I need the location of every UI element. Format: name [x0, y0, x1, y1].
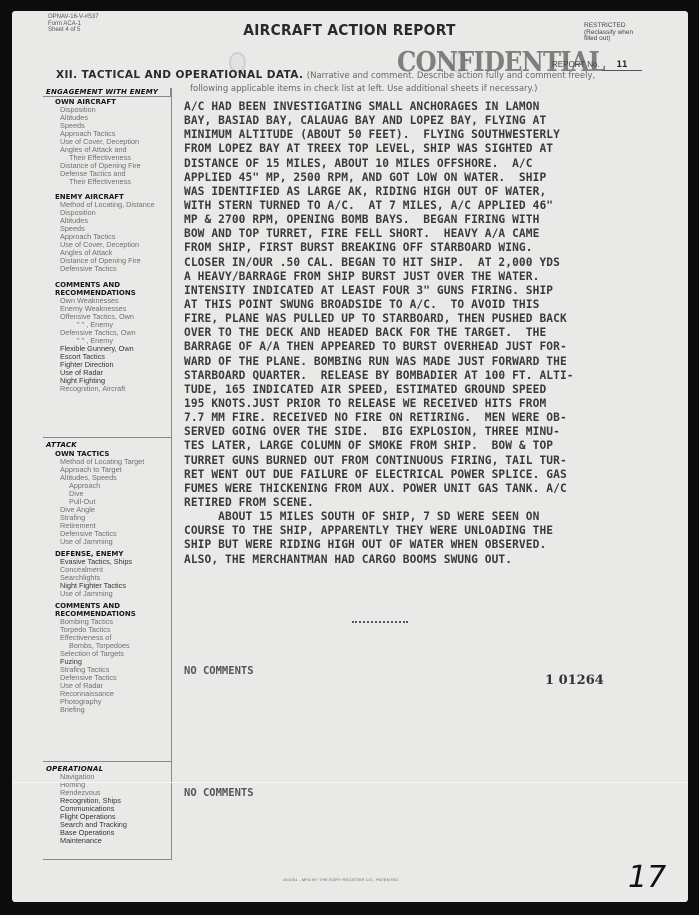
checklist-item: Maintenance: [43, 837, 171, 845]
narrative-line: TES LATER, LARGE COLUMN OF SMOKE FROM SH…: [184, 439, 684, 453]
section-instructions-continued: following applicable items in check list…: [190, 84, 537, 94]
narrative-line: APPLIED 45" MP, 2500 RPM, AND GOT LOW ON…: [184, 171, 684, 185]
narrative-line: FIRE, PLANE WAS PULLED UP TO STARBOARD, …: [184, 312, 684, 326]
narrative-line: TUDE, 165 INDICATED AIR SPEED, ESTIMATED…: [184, 383, 684, 397]
classification-note: RESTRICTED (Reclassify when filled out): [584, 23, 633, 43]
divider: [43, 761, 171, 762]
report-number-value: 11: [602, 60, 642, 71]
checklist-attack: ATTACK OWN TACTICS Method of Locating Ta…: [43, 441, 171, 714]
checklist-item: Their Effectiveness: [43, 178, 171, 186]
checklist-subheading: COMMENTS AND: [43, 281, 171, 289]
checklist-item: Briefing: [43, 706, 171, 714]
checklist-item: Dive: [43, 490, 171, 498]
section-heading: XII. TACTICAL AND OPERATIONAL DATA. (Nar…: [56, 69, 595, 81]
divider: [43, 437, 171, 438]
narrative-line: WITH STERN TURNED TO A/C. AT 7 MILES, A/…: [184, 199, 684, 213]
operational-comments: NO COMMENTS: [184, 787, 254, 799]
narrative-line: WARD OF THE PLANE. BOMBING RUN WAS MADE …: [184, 355, 684, 369]
checklist-item: Defensive Tactics: [43, 265, 171, 273]
fold-line: [12, 782, 688, 783]
narrative-line: COURSE TO THE SHIP, APPARENTLY THEY WERE…: [184, 524, 684, 538]
narrative-line: ABOUT 15 MILES SOUTH OF SHIP, 7 SD WERE …: [184, 510, 684, 524]
section-instructions: (Narrative and comment. Describe action …: [307, 71, 595, 81]
narrative-line: BARRAGE OF A/A THEN APPEARED TO BURST OV…: [184, 340, 684, 354]
narrative-line: FROM LOPEZ BAY AT TREEX TOP LEVEL, SHIP …: [184, 142, 684, 156]
narrative-line: ALSO, THE MERCHANTMAN HAD CARGO BOOMS SW…: [184, 553, 684, 567]
narrative-line: RET WENT OUT DUE FAILURE OF ELECTRICAL P…: [184, 468, 684, 482]
checklist-heading: ATTACK: [43, 441, 171, 449]
narrative-line: FROM SHIP, FIRST BURST BREAKING OFF STAR…: [184, 241, 684, 255]
checklist-heading: ENGAGEMENT WITH ENEMY: [43, 88, 171, 97]
page-title: AIRCRAFT ACTION REPORT: [28, 21, 671, 39]
document-stamp-number: 1 01264: [545, 673, 604, 688]
narrative-line: BAY, BASIAD BAY, CALAUAG BAY AND LOPEZ B…: [184, 114, 684, 128]
checklist-item: Recognition, Aircraft: [43, 385, 171, 393]
narrative-line: MINIMUM ALTITUDE (ABOUT 50 FEET). FLYING…: [184, 128, 684, 142]
narrative-line: CLOSER IN/OUR .50 CAL. BEGAN TO HIT SHIP…: [184, 256, 684, 270]
narrative-line: STARBOARD QUARTER. RELEASE BY BOMBADIER …: [184, 369, 684, 383]
narrative-line: A/C HAD BEEN INVESTIGATING SMALL ANCHORA…: [184, 100, 684, 114]
narrative-line: 7.7 MM FIRE. RECEIVED NO FIRE ON RETIRIN…: [184, 411, 684, 425]
checklist-list: DispositionAltitudesSpeedsApproach Tacti…: [43, 106, 171, 186]
narrative-line: BOW AND TOP TURRET, FIRE FELL SHORT. HEA…: [184, 227, 684, 241]
printer-imprint: 451051 - MFD BY THE EGRY REGISTER CO., P…: [283, 877, 398, 882]
checklist-item: Altitudes, Speeds: [43, 474, 171, 482]
checklist-list: Evasive Tactics, ShipsConcealmentSearchl…: [43, 558, 171, 598]
narrative-line: SHIP BUT WERE RIDING HIGH OUT OF WATER W…: [184, 538, 684, 552]
form-number: OPNAV-16-V-#S37: [48, 14, 99, 21]
narrative-line: SERVED GOING OVER THE SIDE. BIG EXPLOSIO…: [184, 425, 684, 439]
report-number-label: REPORT No.: [552, 60, 600, 69]
section-title: XII. TACTICAL AND OPERATIONAL DATA.: [56, 69, 303, 81]
checklist-list: Bombing TacticsTorpedo TacticsEffectiven…: [43, 618, 171, 714]
checklist-list: Method of Locating TargetApproach to Tar…: [43, 458, 171, 546]
narrative-line: INTENSITY INDICATED AT LEAST FOUR 3" GUN…: [184, 284, 684, 298]
narrative-line: OVER TO THE DECK AND HEADED BACK FOR THE…: [184, 326, 684, 340]
end-of-narrative-mark: [352, 621, 408, 623]
narrative-text: A/C HAD BEEN INVESTIGATING SMALL ANCHORA…: [184, 100, 684, 567]
narrative-line: MP & 2700 RPM, OPENING BOMB BAYS. BEGAN …: [184, 213, 684, 227]
checklist-list: Own WeaknessesEnemy WeaknessesOffensive …: [43, 297, 171, 393]
attack-comments: NO COMMENTS: [184, 665, 254, 677]
narrative-line: AT THIS POINT SWUNG BROADSIDE TO A/C. TO…: [184, 298, 684, 312]
checklist-item: Approach: [43, 482, 171, 490]
narrative-line: DISTANCE OF 15 MILES, ABOUT 10 MILES OFF…: [184, 157, 684, 171]
checklist-list: NavigationHomingRendezvousRecognition, S…: [43, 773, 171, 845]
checklist-engagement: ENGAGEMENT WITH ENEMY OWN AIRCRAFT Dispo…: [43, 88, 171, 393]
page-number: 17: [628, 860, 666, 895]
checklist-sidebar: ENGAGEMENT WITH ENEMY OWN AIRCRAFT Dispo…: [43, 88, 172, 860]
checklist-subheading: COMMENTS AND: [43, 602, 171, 610]
classification-instruction-2: filled out): [584, 36, 633, 43]
checklist-item: Use of Jamming: [43, 590, 171, 598]
narrative-line: 195 KNOTS.JUST PRIOR TO RELEASE WE RECEI…: [184, 397, 684, 411]
checklist-list: Method of Locating, DistanceDispositionA…: [43, 201, 171, 273]
narrative-line: A HEAVY/BARRAGE FROM SHIP BURST JUST OVE…: [184, 270, 684, 284]
narrative-line: WAS IDENTIFIED AS LARGE AK, RIDING HIGH …: [184, 185, 684, 199]
checklist-operational: OPERATIONAL NavigationHomingRendezvousRe…: [43, 765, 171, 845]
narrative-line: FUMES WERE THICKENING FROM AUX. POWER UN…: [184, 482, 684, 496]
narrative-line: RETIRED FROM SCENE.: [184, 496, 684, 510]
narrative-line: TURRET GUNS BURNED OUT FROM CONTINUOUS F…: [184, 454, 684, 468]
checklist-item: Use of Jamming: [43, 538, 171, 546]
